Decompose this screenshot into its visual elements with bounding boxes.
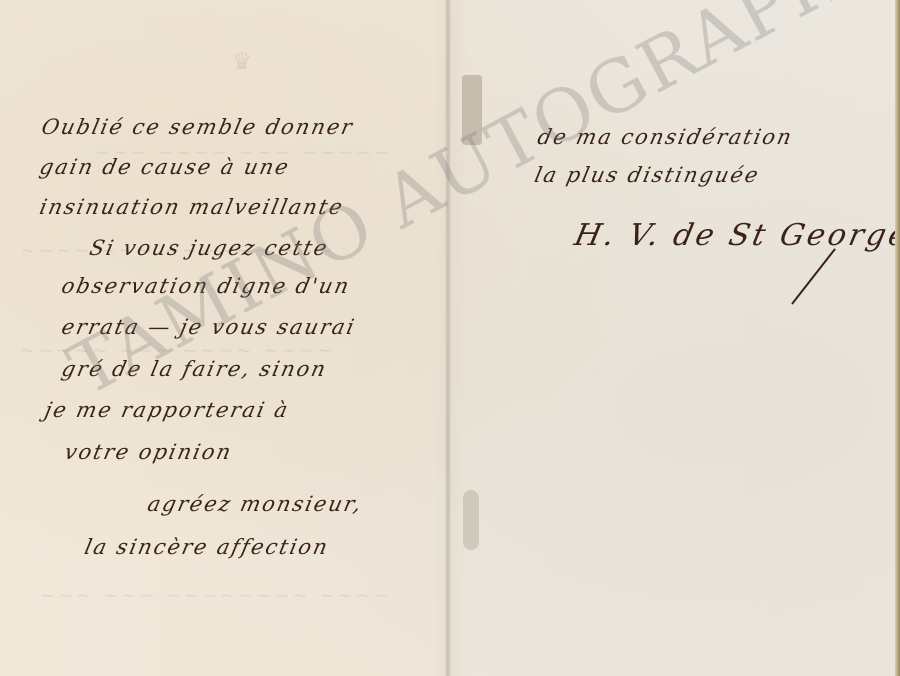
letter-scan: ♛ ~~~ ~~~~ ~~~ ~~~~~ ~~~~ ~~~ ~~~~~~ ~~~… [0, 0, 900, 676]
letter-line: votre opinion [62, 440, 234, 464]
letter-line: Oublié ce semble donner [39, 115, 356, 139]
paper-edge [895, 0, 900, 676]
signature-flourish [791, 248, 836, 304]
letter-line: gain de cause à une [37, 155, 292, 179]
bleed-through-text: ~~~ ~~~ ~~~~~~~~ ~~~~ [40, 585, 392, 606]
signature: H. V. de St Georges [571, 218, 900, 253]
crown-emblem-icon: ♛ [222, 50, 262, 74]
letter-line: la plus distinguée [532, 163, 762, 187]
letter-line: la sincère affection [82, 535, 331, 559]
letter-line: je me rapporterai à [42, 398, 291, 422]
letter-line: agréez monsieur, [145, 492, 365, 516]
